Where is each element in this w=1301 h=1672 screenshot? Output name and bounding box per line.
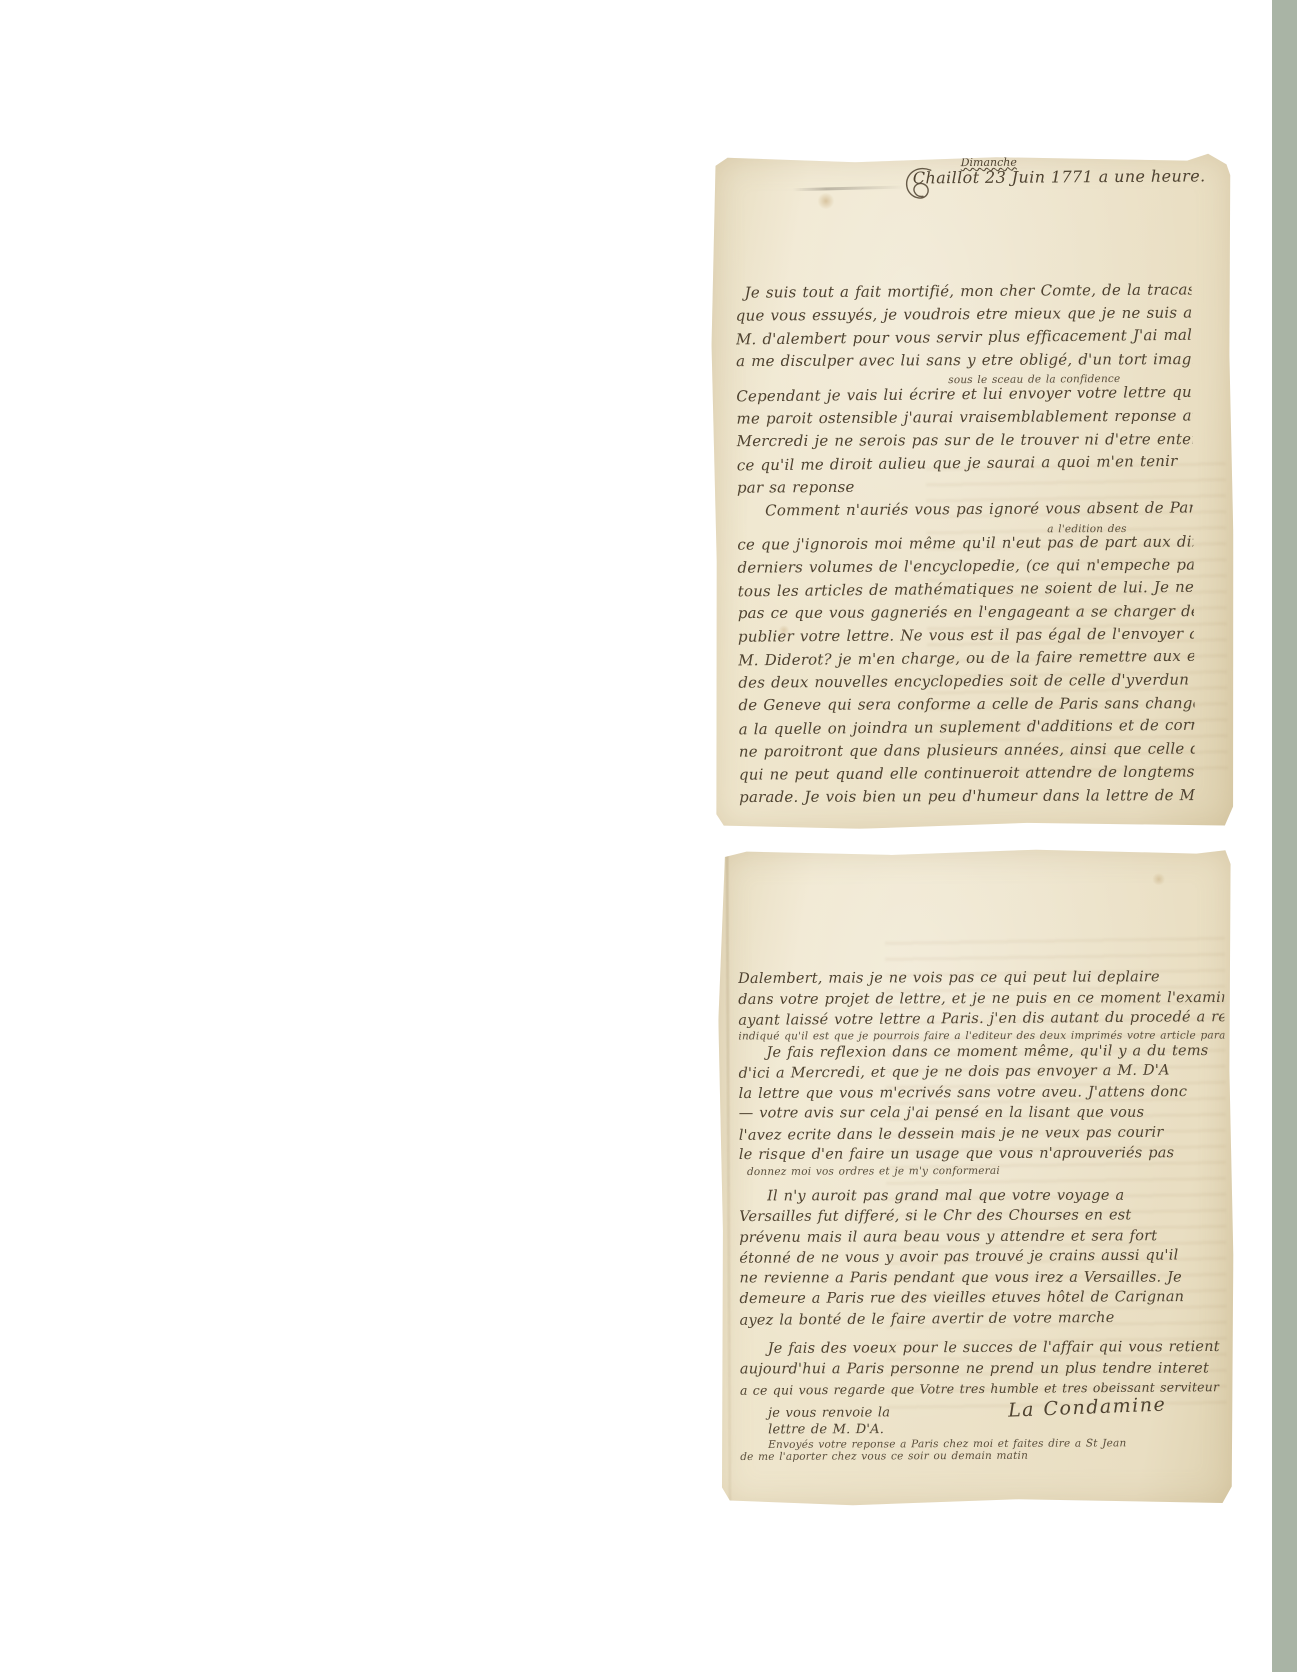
text-line: indiqué qu'il est que je pourrois faire … [738, 1029, 1224, 1042]
dateline: Chaillot 23 Juin 1771 a une heure. [913, 166, 1206, 187]
text-line: M. Diderot? je m'en charge, ou de la fai… [738, 645, 1194, 673]
text-line: demeure a Paris rue des vieilles etuves … [739, 1287, 1225, 1310]
text-line: dans votre projet de lettre, et je ne pu… [738, 987, 1224, 1010]
text-line: Je fais reflexion dans ce moment même, q… [738, 1040, 1224, 1063]
text-line: — votre avis sur cela j'ai pensé en la l… [739, 1103, 1225, 1124]
paper-stain [817, 193, 835, 209]
text-line: l'avez ecrite dans le dessein mais je ne… [739, 1122, 1225, 1146]
text-line: pas ce que vous gagneriés en l'engageant… [738, 600, 1194, 625]
right-edge-band [1272, 0, 1297, 1672]
text-line: a la quelle on joindra un suplement d'ad… [739, 714, 1195, 742]
page1-body: Je suis tout a fait mortifié, mon cher C… [736, 278, 1196, 826]
text-line: des deux nouvelles encyclopedies soit de… [738, 668, 1194, 694]
text-line: ayant laissé votre lettre a Paris. j'en … [738, 1007, 1224, 1031]
page2-body: Dalembert, mais je ne vois pas ce qui pe… [738, 967, 1226, 1501]
text-line: a me disculper avec lui sans y etre obli… [736, 348, 1192, 373]
scan-canvas: Dimanche Chaillot 23 Juin 1771 a une heu… [0, 0, 1301, 1672]
text-line: ce qu'il me diroit aulieu que je saurai … [737, 450, 1193, 478]
text-line: Je suis tout a fait mortifié, mon cher C… [736, 278, 1192, 304]
text-line: lettre de M. D'A. [768, 1420, 1226, 1438]
text-line: aujourd'hui a Paris personne ne prend un… [740, 1358, 1226, 1379]
text-line: donnez moi vos ordres et je m'y conforme… [747, 1163, 1225, 1177]
text-line: a l'edition des [1047, 523, 1193, 536]
text-line: ayez la bonté de le faire avertir de vot… [740, 1307, 1226, 1331]
letter-page-2: Dalembert, mais je ne vois pas ce qui pe… [716, 847, 1236, 1507]
text-line: de Geneve qui sera conforme a celle de P… [738, 692, 1194, 717]
text-line: étonné de ne vous y avoir pas trouvé je … [739, 1245, 1225, 1269]
text-line: M. d'alembert pour vous servir plus effi… [736, 324, 1192, 352]
letter-page-1: Dimanche Chaillot 23 Juin 1771 a une heu… [709, 152, 1237, 832]
text-line: le risque d'en faire un usage que vous n… [739, 1143, 1225, 1166]
text-line: Versailles fut differé, si le Chr des Ch… [739, 1205, 1225, 1228]
text-line: me paroit ostensible j'aurai vraisemblab… [736, 404, 1192, 430]
text-line: ne paroitront que dans plusieurs années,… [739, 737, 1195, 763]
paper-crease [726, 849, 732, 1507]
text-line: Mercredi je ne serois pas sur de le trou… [737, 428, 1193, 453]
text-line: Cependant je vais lui écrire et lui envo… [736, 381, 1192, 409]
text-line: prévenu mais il aura beau vous y attendr… [739, 1225, 1225, 1248]
text-line: tous les articles de mathématiques ne so… [738, 576, 1194, 604]
text-line: de me l'aporter chez vous ce soir ou dem… [740, 1448, 1226, 1462]
text-line: d'ici a Mercredi, et que je ne dois pas … [738, 1060, 1224, 1084]
paper-stain [1152, 873, 1166, 885]
text-line: Dalembert, mais je ne vois pas ce qui pe… [738, 967, 1224, 990]
text-line: Je fais des voeux pour le succes de l'af… [740, 1337, 1226, 1360]
text-line: parade. Je vois bien un peu d'humeur dan… [739, 784, 1195, 809]
text-line: qui ne peut quand elle continueroit atte… [739, 760, 1195, 786]
text-line: ne revienne a Paris pendant que vous ire… [739, 1267, 1225, 1288]
pencil-mark [793, 185, 905, 191]
text-line: Il n'y auroit pas grand mal que votre vo… [739, 1185, 1225, 1206]
text-line: par sa reponse [737, 473, 1193, 499]
text-line: Comment n'auriés vous pas ignoré vous ab… [737, 496, 1193, 522]
text-line: la lettre que vous m'ecrivés sans votre … [739, 1081, 1225, 1104]
